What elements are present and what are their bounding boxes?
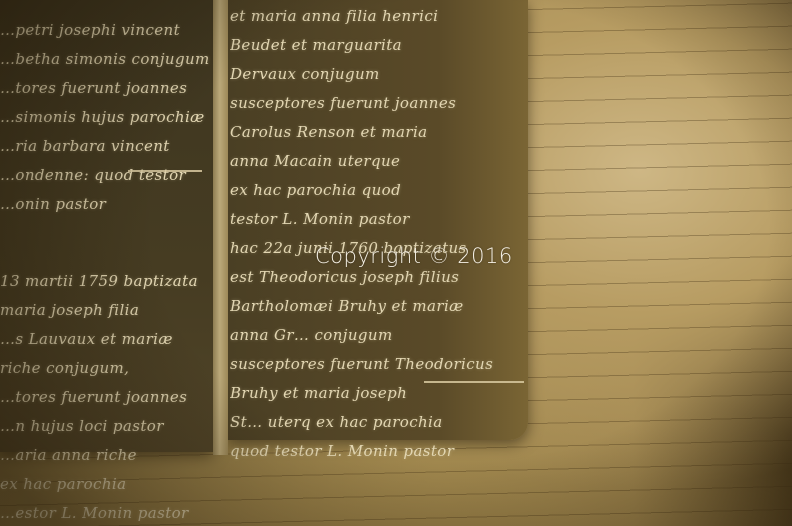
text-line: ex hac parochia [0,470,212,499]
text-line: Carolus Renson et maria [230,118,520,147]
text-line: Dervaux conjugum [230,60,520,89]
text-line: Beudet et marguarita [230,31,520,60]
column-divider [213,0,228,455]
text-line: maria joseph filia [0,296,212,325]
text-line: anna Macain uterque [230,147,520,176]
text-line: testor L. Monin pastor [230,205,520,234]
text-line: …n hujus loci pastor [0,412,212,441]
text-line: Bruhy et maria joseph [230,379,520,408]
entry-gap [0,219,212,267]
text-line: …aria anna riche [0,441,212,470]
text-line: …tores fuerunt joannes [0,74,212,103]
right-column-text: et maria anna filia henrici Beudet et ma… [230,2,520,466]
text-line: riche conjugum, [0,354,212,383]
text-line: …ria barbara vincent [0,132,212,161]
text-line: susceptores fuerunt Theodoricus [230,350,520,379]
text-line: quod testor L. Monin pastor [230,437,520,466]
text-line: …betha simonis conjugum [0,45,212,74]
text-line: ex hac parochia quod [230,176,520,205]
entry-end-flourish [424,381,524,383]
text-line: …petri josephi vincent [0,16,212,45]
text-line: anna Gr… conjugum [230,321,520,350]
text-line: et maria anna filia henrici [230,2,520,31]
text-line: Bartholomæi Bruhy et mariæ [230,292,520,321]
text-line: …s Lauvaux et mariæ [0,325,212,354]
text-line: …onin pastor [0,190,212,219]
text-line: St… uterq ex hac parochia [230,408,520,437]
text-line: 13 martii 1759 baptizata [0,267,212,296]
entry-end-flourish [128,170,202,172]
text-line: …simonis hujus parochiæ [0,103,212,132]
text-line: …tores fuerunt joannes [0,383,212,412]
text-line: susceptores fuerunt joannes [230,89,520,118]
left-column-text: …petri josephi vincent …betha simonis co… [0,16,212,526]
text-line: …ondenne: quod testor [0,161,212,190]
copyright-watermark: Copyright © 2016 [315,244,513,268]
text-line: …estor L. Monin pastor [0,499,212,526]
